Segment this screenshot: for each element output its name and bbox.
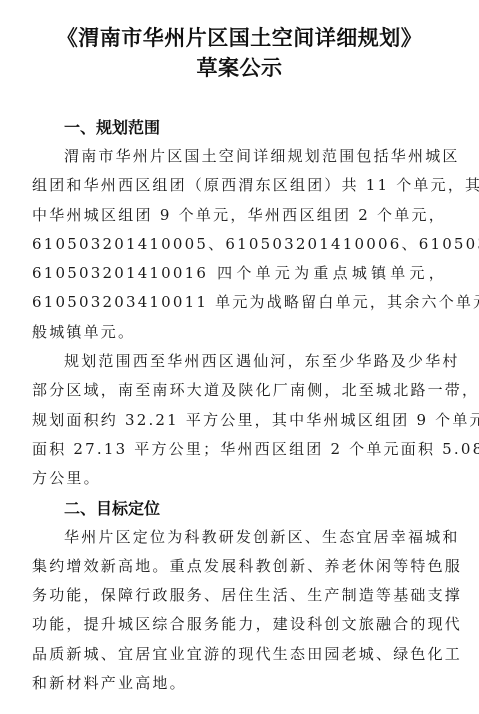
text-line: 组团和华州西区组团（原西渭东区组团）共 11 个单元，其 [32,171,446,200]
text-line: 品质新城、宜居宜业宜游的现代生态田园老城、绿色化工 [32,640,446,669]
document-body: 一、规划范围 渭南市华州片区国土空间详细规划范围包括华州城区 组团和华州西区组团… [32,113,446,698]
text-line: 和新材料产业高地。 [32,669,446,698]
paragraph-planning-scope-units: 渭南市华州片区国土空间详细规划范围包括华州城区 组团和华州西区组团（原西渭东区组… [32,142,446,347]
paragraph-target-positioning: 华州片区定位为科教研发创新区、生态宜居幸福城和 集约增效新高地。重点发展科教创新… [32,523,446,699]
paragraph-planning-scope-boundary: 规划范围西至华州西区遇仙河，东至少华路及少华村 部分区域，南至南环大道及陕化厂南… [32,347,446,493]
text-line: 部分区域，南至南环大道及陕化厂南侧，北至城北路一带， [32,376,446,405]
text-line: 功能，提升城区综合服务能力，建设科创文旅融合的现代 [32,610,446,639]
text-line: 集约增效新高地。重点发展科教创新、养老休闲等特色服 [32,552,446,581]
section-heading-target-positioning: 二、目标定位 [32,494,446,523]
text-line: 610503201410005、610503201410006、61050320… [32,230,446,259]
text-line: 610503203410011 单元为战略留白单元，其余六个单元为一 [32,288,446,317]
document-subtitle: 草案公示 [0,54,479,82]
text-line: 渭南市华州片区国土空间详细规划范围包括华州城区 [32,142,446,171]
text-line: 中华州城区组团 9 个单元，华州西区组团 2 个单元， [32,201,446,230]
document-page: 《渭南市华州片区国土空间详细规划》 草案公示 一、规划范围 渭南市华州片区国土空… [0,0,479,714]
text-line: 610503201410016 四个单元为重点城镇单元， [32,259,446,288]
text-line: 务功能，保障行政服务、居住生活、生产制造等基础支撑 [32,581,446,610]
text-line: 方公里。 [32,464,446,493]
section-heading-planning-scope: 一、规划范围 [32,113,446,142]
text-line: 规划面积约 32.21 平方公里，其中华州城区组团 9 个单元 [32,406,446,435]
text-line: 规划范围西至华州西区遇仙河，东至少华路及少华村 [32,347,446,376]
document-title: 《渭南市华州片区国土空间详细规划》 [0,24,479,52]
text-line: 华州片区定位为科教研发创新区、生态宜居幸福城和 [32,523,446,552]
text-line: 面积 27.13 平方公里；华州西区组团 2 个单元面积 5.08 平 [32,435,446,464]
text-line: 般城镇单元。 [32,318,446,347]
